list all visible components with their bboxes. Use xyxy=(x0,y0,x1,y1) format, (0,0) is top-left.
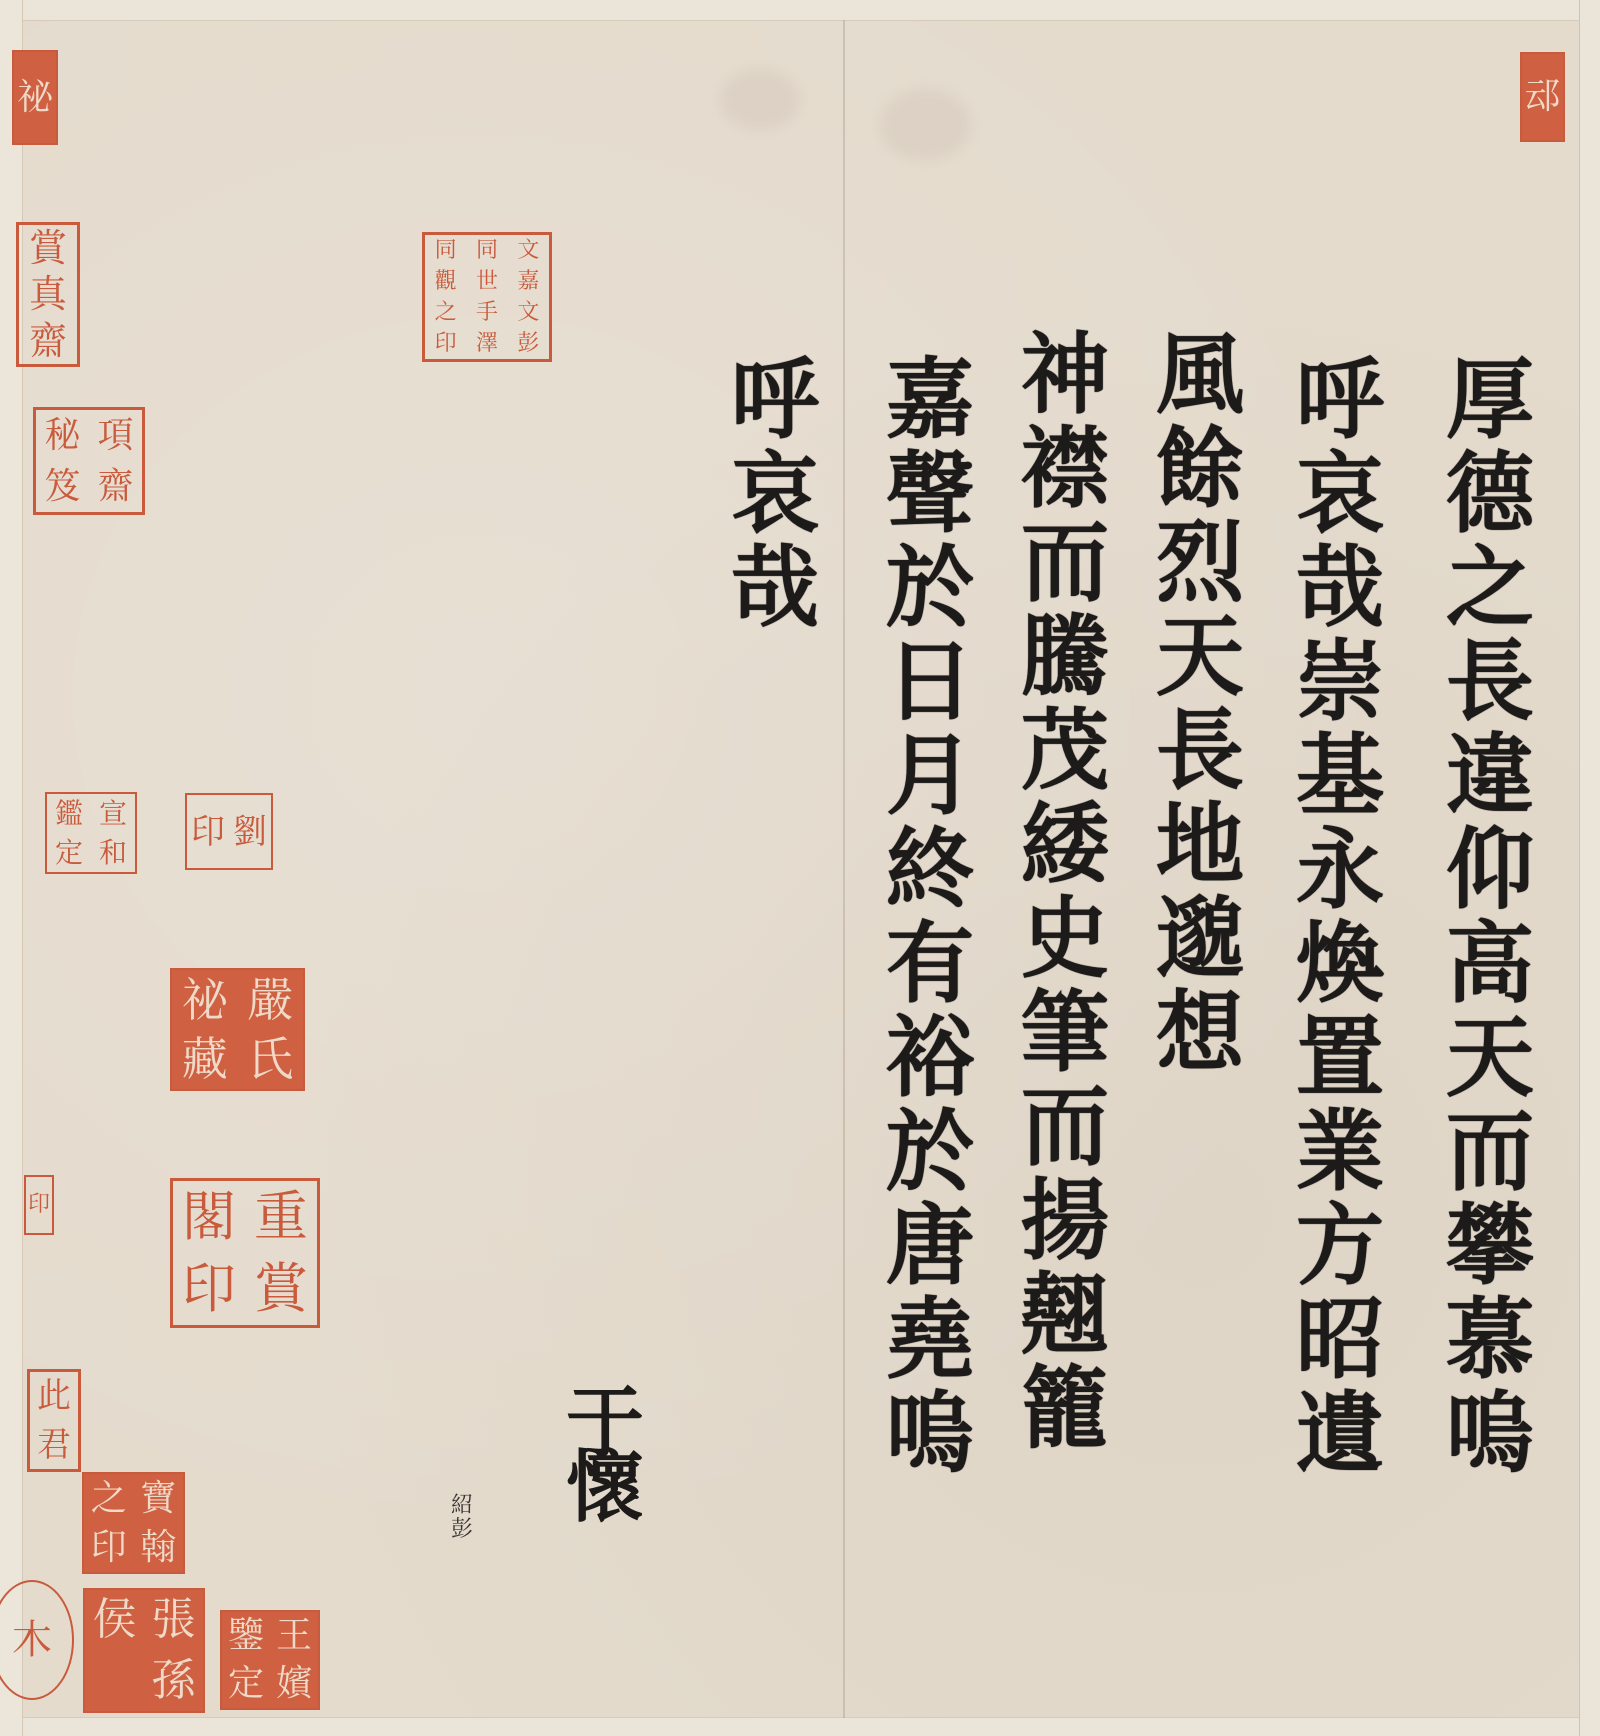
glyph: 筆 xyxy=(1021,988,1109,1082)
seal-glyph: 秘 xyxy=(45,418,81,454)
seal-glyph: 嘉 xyxy=(517,271,539,293)
collector-seal: 寶 翰 之 印 xyxy=(82,1472,185,1574)
glyph: 餘 xyxy=(1156,424,1244,518)
paper-stain xyxy=(880,90,970,160)
seal-glyph: 寶 xyxy=(140,1481,176,1517)
glyph: 長 xyxy=(1156,706,1244,800)
glyph: 終 xyxy=(886,825,974,919)
seal-glyph: 齋 xyxy=(29,322,67,360)
glyph: 哉 xyxy=(1296,543,1384,637)
collector-seal: 文 嘉 文 彭 同 世 手 澤 同 觀 之 印 xyxy=(422,232,552,362)
glyph: 史 xyxy=(1021,894,1109,988)
calligraphy-album-leaf: 厚 德 之 長 違 仰 高 天 而 攀 慕 嗚 呼 哀 哉 崇 基 永 煥 置 … xyxy=(0,0,1600,1736)
glyph: 於 xyxy=(886,1107,974,1201)
seal-glyph: 張 xyxy=(152,1598,196,1642)
seal-glyph: 劉 xyxy=(233,815,267,849)
glyph: 昭 xyxy=(1296,1295,1384,1389)
seal-glyph: 宣 xyxy=(99,800,127,828)
glyph: 天 xyxy=(1446,1013,1534,1107)
glyph: 風 xyxy=(1156,330,1244,424)
collector-seal: 祕 xyxy=(12,50,58,145)
collector-seal: 劉 印 xyxy=(185,793,273,870)
glyph: 違 xyxy=(1446,731,1534,825)
seal-glyph: 賞 xyxy=(254,1262,308,1316)
collector-seal: 張 侯 孫 xyxy=(83,1588,205,1713)
seal-glyph: 印 xyxy=(182,1262,236,1316)
seal-glyph: 文 xyxy=(517,240,539,262)
mount-edge-right xyxy=(1579,0,1600,1736)
glyph: 裕 xyxy=(886,1013,974,1107)
seal-glyph: 印 xyxy=(191,815,225,849)
glyph: 遺 xyxy=(1296,1389,1384,1483)
glyph: 哀 xyxy=(731,449,819,543)
seal-glyph: 氏 xyxy=(247,1036,293,1082)
glyph: 于 xyxy=(566,1385,644,1449)
seal-glyph: 觀 xyxy=(435,271,457,293)
glyph: 茂 xyxy=(1021,706,1109,800)
mount-edge-bottom xyxy=(0,1717,1600,1736)
collector-seal: 王 嬪 鑒 定 xyxy=(220,1610,320,1710)
glyph: 翹 xyxy=(1021,1270,1109,1364)
seal-glyph: 彭 xyxy=(517,333,539,355)
seal-glyph: 䢵 xyxy=(1524,79,1560,115)
seal-glyph: 項 xyxy=(98,418,134,454)
seal-glyph: 之 xyxy=(91,1481,127,1517)
seal-glyph: 孫 xyxy=(152,1659,196,1703)
seal-glyph: 君 xyxy=(37,1428,71,1462)
seal-glyph: 翰 xyxy=(140,1530,176,1566)
seal-glyph: 木 xyxy=(12,1620,52,1660)
seal-glyph: 賞 xyxy=(29,229,67,267)
glyph: 月 xyxy=(886,731,974,825)
small-inscription: 紹 彭 xyxy=(447,1495,477,1543)
seal-glyph: 真 xyxy=(29,275,67,313)
seal-glyph: 世 xyxy=(476,271,498,293)
glyph: 長 xyxy=(1446,637,1534,731)
glyph: 地 xyxy=(1156,800,1244,894)
glyph: 揚 xyxy=(1021,1176,1109,1270)
glyph: 嗚 xyxy=(886,1389,974,1483)
glyph: 於 xyxy=(886,543,974,637)
glyph: 籠 xyxy=(1021,1364,1109,1458)
glyph: 哀 xyxy=(1296,449,1384,543)
glyph: 方 xyxy=(1296,1201,1384,1295)
glyph: 而 xyxy=(1021,518,1109,612)
collector-seal: 䢵 xyxy=(1520,52,1565,142)
seal-glyph: 印 xyxy=(28,1194,50,1216)
glyph: 有 xyxy=(886,919,974,1013)
glyph: 崇 xyxy=(1296,637,1384,731)
collector-seal: 重 賞 閣 印 xyxy=(170,1178,320,1328)
glyph: 基 xyxy=(1296,731,1384,825)
collector-seal: 賞 真 齋 xyxy=(16,222,80,367)
text-column-5: 嘉 聲 於 日 月 終 有 裕 於 唐 堯 嗚 xyxy=(880,355,980,1483)
seal-glyph: 王 xyxy=(276,1618,312,1654)
seal-glyph: 齋 xyxy=(98,469,134,505)
glyph: 懷 xyxy=(566,1449,644,1513)
seal-glyph: 之 xyxy=(435,302,457,324)
glyph: 之 xyxy=(1446,543,1534,637)
glyph: 日 xyxy=(886,637,974,731)
glyph: 高 xyxy=(1446,919,1534,1013)
glyph: 紹 xyxy=(451,1495,473,1519)
seal-glyph: 印 xyxy=(91,1530,127,1566)
collector-seal: 木 xyxy=(0,1580,74,1700)
glyph: 邈 xyxy=(1156,894,1244,988)
seal-glyph: 定 xyxy=(55,839,83,867)
glyph: 德 xyxy=(1446,449,1534,543)
seal-glyph: 鑒 xyxy=(228,1618,264,1654)
seal-glyph: 此 xyxy=(37,1379,71,1413)
seal-glyph: 笈 xyxy=(45,469,81,505)
glyph: 天 xyxy=(1156,612,1244,706)
seal-glyph: 重 xyxy=(254,1190,308,1244)
glyph: 神 xyxy=(1021,330,1109,424)
seal-glyph: 同 xyxy=(435,240,457,262)
seal-glyph: 鑑 xyxy=(55,800,83,828)
collector-seal: 印 xyxy=(24,1175,54,1235)
text-column-1: 厚 德 之 長 違 仰 高 天 而 攀 慕 嗚 xyxy=(1440,355,1540,1483)
glyph: 而 xyxy=(1446,1107,1534,1201)
seal-glyph: 嬪 xyxy=(276,1666,312,1702)
glyph: 置 xyxy=(1296,1013,1384,1107)
seal-glyph: 印 xyxy=(435,333,457,355)
glyph: 烈 xyxy=(1156,518,1244,612)
seal-glyph: 閣 xyxy=(182,1190,236,1244)
glyph: 緌 xyxy=(1021,800,1109,894)
glyph: 堯 xyxy=(886,1295,974,1389)
glyph: 嗚 xyxy=(1446,1389,1534,1483)
text-column-2: 呼 哀 哉 崇 基 永 煥 置 業 方 昭 遺 xyxy=(1290,355,1390,1483)
center-fold-line xyxy=(843,20,845,1718)
mount-edge-top xyxy=(0,0,1600,21)
glyph: 攀 xyxy=(1446,1201,1534,1295)
seal-glyph: 嚴 xyxy=(247,977,293,1023)
glyph: 嘉 xyxy=(886,355,974,449)
seal-glyph: 澤 xyxy=(476,333,498,355)
collector-seal: 此 君 xyxy=(27,1369,81,1472)
glyph: 呼 xyxy=(731,355,819,449)
glyph: 唐 xyxy=(886,1201,974,1295)
glyph: 厚 xyxy=(1446,355,1534,449)
text-column-4: 神 襟 而 騰 茂 緌 史 筆 而 揚 翹 籠 xyxy=(1015,330,1115,1458)
glyph: 仰 xyxy=(1446,825,1534,919)
seal-glyph: 文 xyxy=(517,302,539,324)
glyph: 永 xyxy=(1296,825,1384,919)
glyph: 呼 xyxy=(1296,355,1384,449)
glyph: 騰 xyxy=(1021,612,1109,706)
glyph: 哉 xyxy=(731,543,819,637)
collector-seal: 宣 和 鑑 定 xyxy=(45,792,137,874)
glyph: 慕 xyxy=(1446,1295,1534,1389)
seal-glyph: 定 xyxy=(228,1666,264,1702)
seal-glyph: 祕 xyxy=(182,977,228,1023)
collector-seal: 嚴 氏 祕 藏 xyxy=(170,968,305,1091)
text-column-6: 呼 哀 哉 xyxy=(725,355,825,637)
paper-stain xyxy=(720,70,800,130)
glyph: 想 xyxy=(1156,988,1244,1082)
collector-seal: 項 齋 秘 笈 xyxy=(33,407,145,515)
glyph: 聲 xyxy=(886,449,974,543)
seal-glyph: 手 xyxy=(476,302,498,324)
glyph: 煥 xyxy=(1296,919,1384,1013)
seal-glyph: 祕 xyxy=(17,80,53,116)
glyph: 而 xyxy=(1021,1082,1109,1176)
text-column-3: 風 餘 烈 天 長 地 邈 想 xyxy=(1150,330,1250,1082)
seal-glyph: 和 xyxy=(99,839,127,867)
glyph: 業 xyxy=(1296,1107,1384,1201)
artist-signature: 于 懷 xyxy=(560,1385,650,1513)
seal-glyph: 同 xyxy=(476,240,498,262)
glyph: 襟 xyxy=(1021,424,1109,518)
glyph: 彭 xyxy=(451,1519,473,1543)
seal-glyph: 藏 xyxy=(182,1036,228,1082)
seal-glyph: 侯 xyxy=(93,1598,137,1642)
